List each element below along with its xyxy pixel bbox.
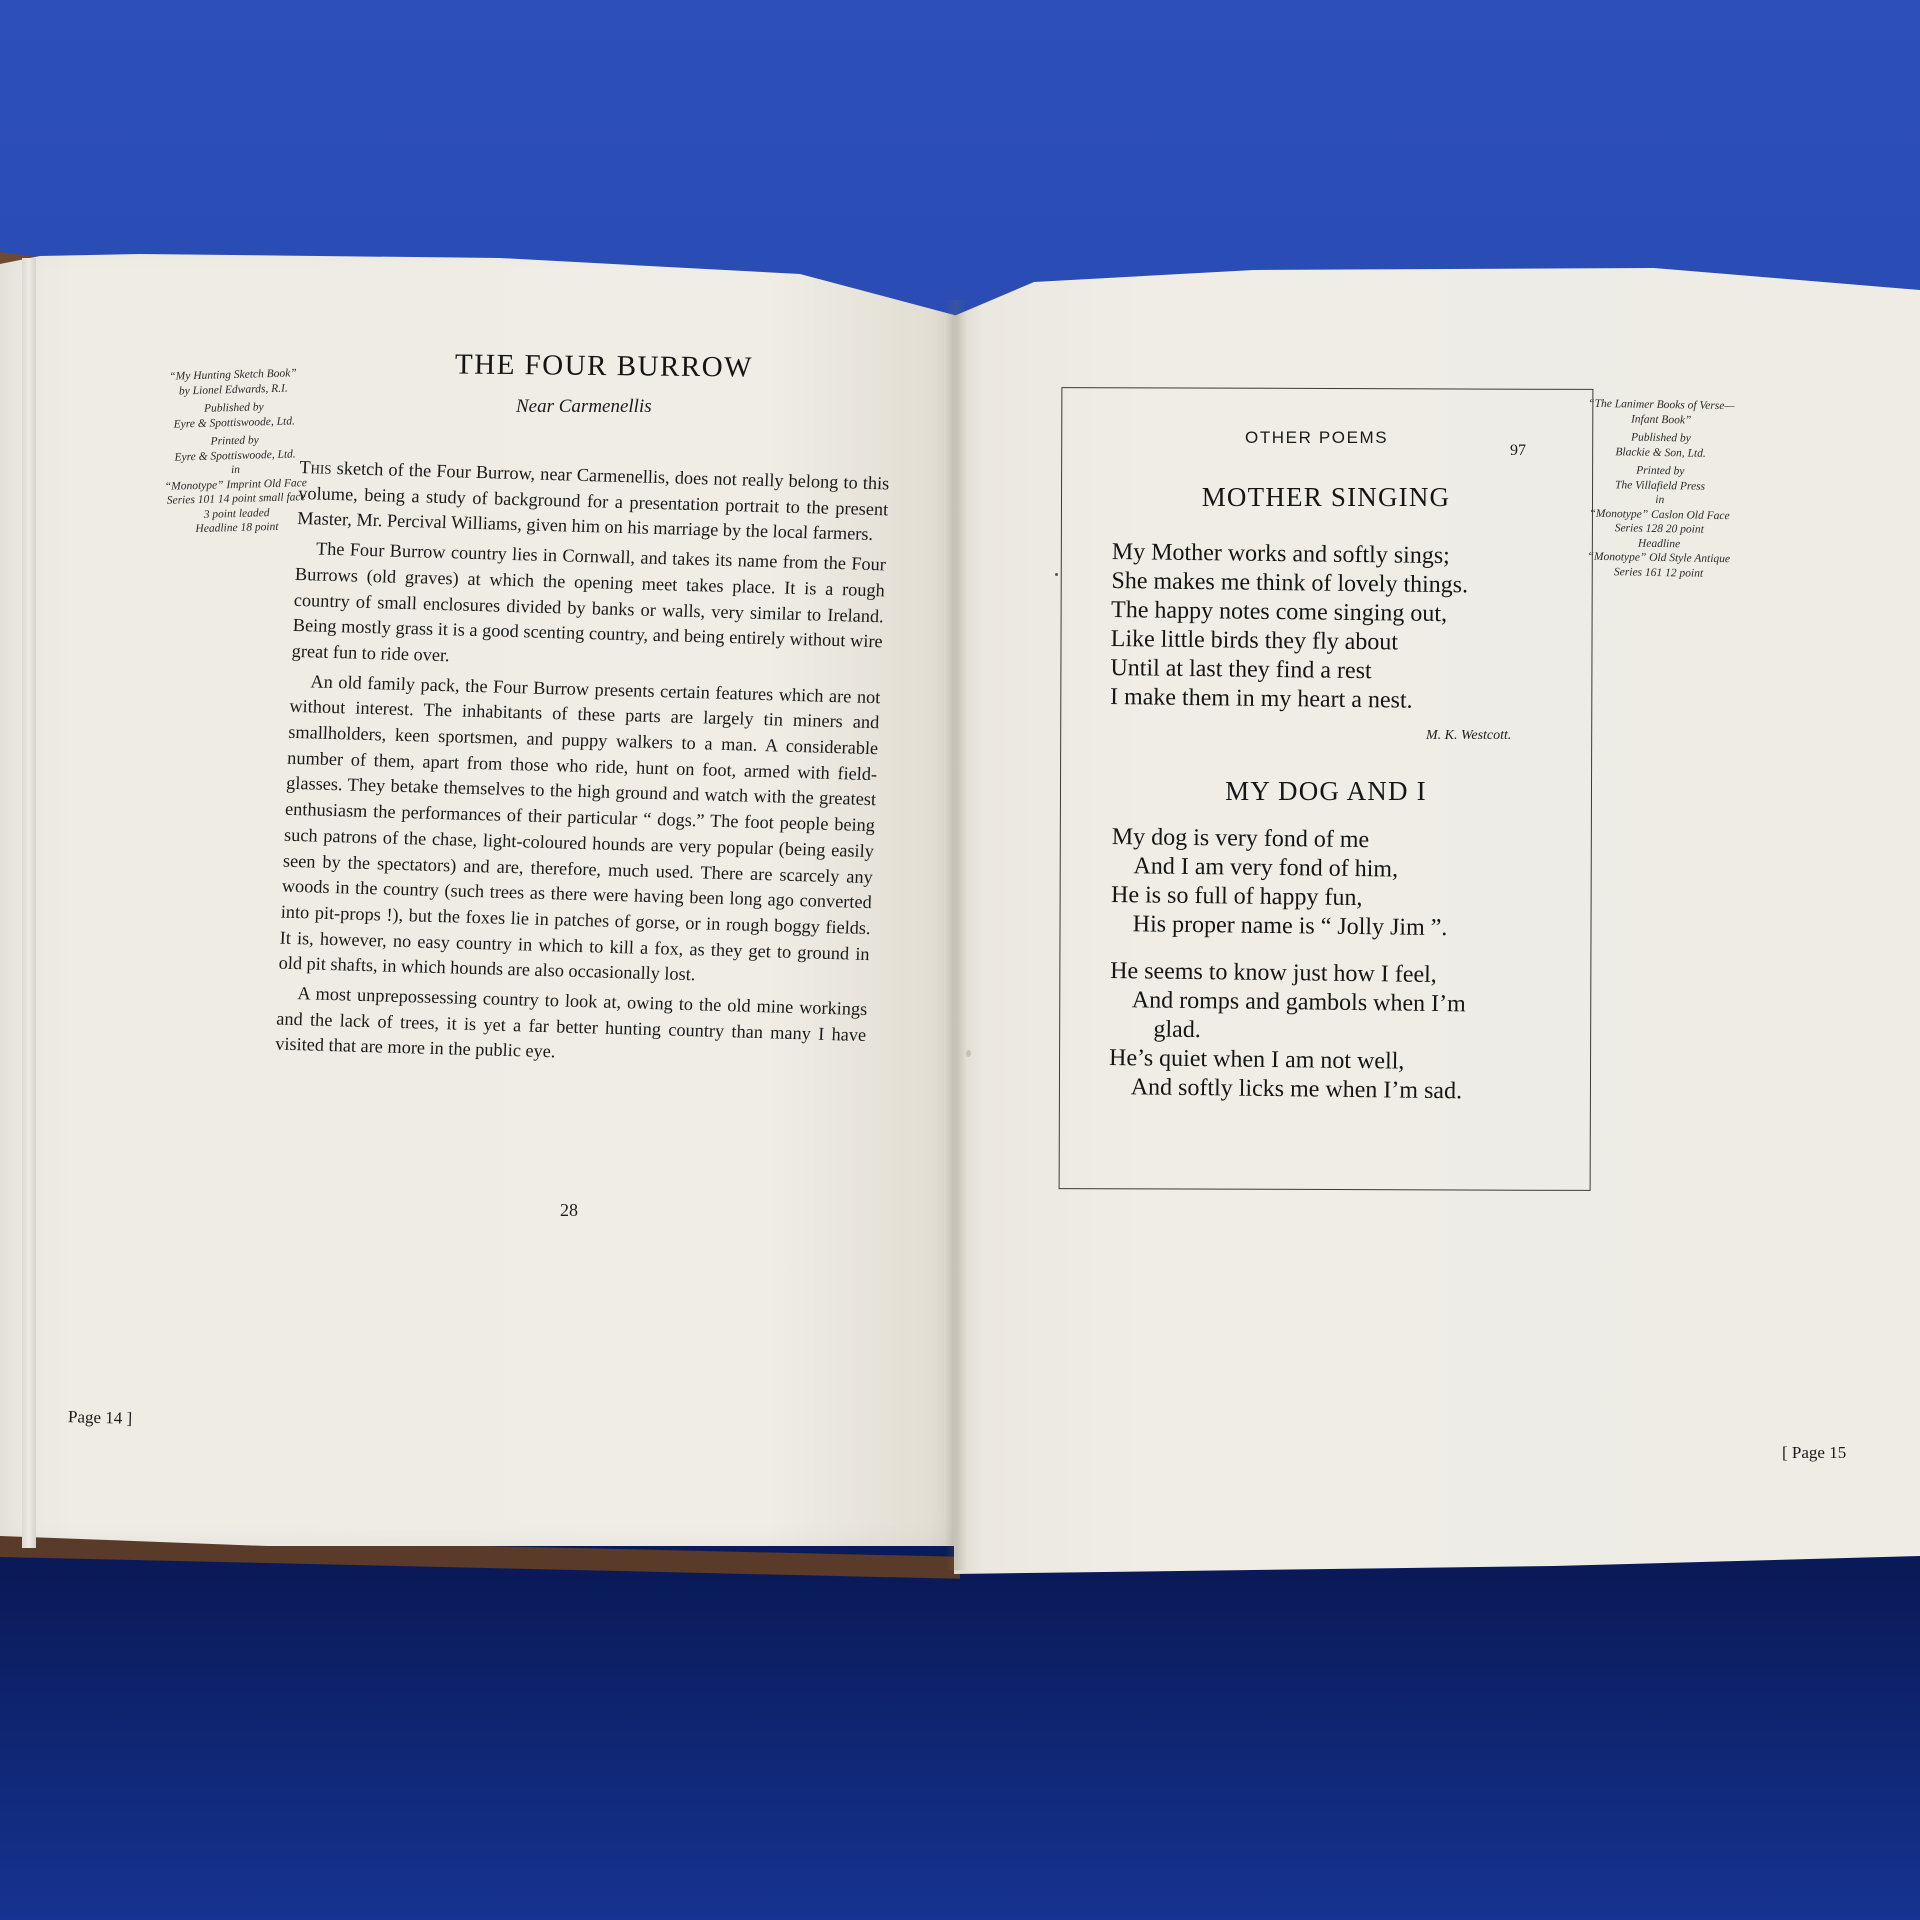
poem-line: My dog is very fond of me xyxy=(1112,823,1468,856)
left-page-body: This sketch of the Four Burrow, near Car… xyxy=(275,455,890,1078)
poem-line: He’s quiet when I am not well, xyxy=(1109,1044,1465,1077)
poem-line: My Mother works and softly sings; xyxy=(1112,538,1469,571)
poem-mother-singing: My Mother works and softly sings; She ma… xyxy=(1110,538,1469,716)
poem-line: His proper name is “ Jolly Jim ”. xyxy=(1111,910,1467,943)
paragraph-1: This sketch of the Four Burrow, near Car… xyxy=(297,455,890,549)
poem-line: He seems to know just how I feel, xyxy=(1110,957,1466,990)
poem-line: She makes me think of lovely things. xyxy=(1111,567,1468,600)
book-gutter xyxy=(945,300,967,1570)
chapter-subtitle: Near Carmenellis xyxy=(516,396,652,418)
running-head: OTHER POEMS xyxy=(1245,428,1388,448)
margin-note-line: “Monotype” Caslon Old Face xyxy=(1584,506,1734,523)
paper-crease xyxy=(966,1050,971,1057)
margin-note-line: “The Lanimer Books of Verse— xyxy=(1586,397,1736,414)
poem-author: M. K. Westcott. xyxy=(1426,728,1511,744)
poem-line: And I am very fond of him, xyxy=(1111,852,1467,885)
poem-title-my-dog-and-i: MY DOG AND I xyxy=(1060,776,1592,807)
right-margin-note: “The Lanimer Books of Verse— Infant Book… xyxy=(1583,397,1736,582)
left-page-stack-edge xyxy=(22,258,36,1548)
poem-line: Until at last they find a rest xyxy=(1110,654,1467,687)
poem-line: The happy notes come singing out, xyxy=(1111,596,1468,629)
drop-smallcaps: This xyxy=(299,457,332,478)
poem-line: I make them in my heart a nest. xyxy=(1110,683,1467,716)
poem-line: And softly licks me when I’m sad. xyxy=(1109,1073,1465,1106)
paragraph-2: The Four Burrow country lies in Cornwall… xyxy=(291,536,886,681)
page-label-right: [ Page 15 xyxy=(1782,1443,1846,1463)
folio-number: 28 xyxy=(560,1200,578,1221)
poem-title-mother-singing: MOTHER SINGING xyxy=(1060,482,1592,513)
paragraph-text: sketch of the Four Burrow, near Carmenel… xyxy=(297,458,890,545)
chapter-title: THE FOUR BURROW xyxy=(455,348,753,384)
poem-my-dog-and-i: My dog is very fond of me And I am very … xyxy=(1109,823,1468,1106)
paragraph-3: An old family pack, the Four Burrow pres… xyxy=(278,668,881,993)
margin-note-line: “Monotype” Old Style Antique xyxy=(1584,550,1734,567)
paper-speck xyxy=(1055,573,1058,576)
poem-line: And romps and gambols when I’m xyxy=(1110,986,1466,1019)
poem-page-number: 97 xyxy=(1510,442,1526,460)
left-margin-note: “My Hunting Sketch Book” by Lionel Edwar… xyxy=(158,366,312,537)
poem-line: glad. xyxy=(1109,1015,1465,1048)
poem-line: He is so full of happy fun, xyxy=(1111,881,1467,914)
margin-note-line: Series 161 12 point xyxy=(1583,564,1733,581)
paragraph-4: A most unprepossessing country to look a… xyxy=(275,981,868,1075)
poem-line: Like little birds they fly about xyxy=(1111,625,1468,658)
page-label-left: Page 14 ] xyxy=(68,1407,133,1429)
